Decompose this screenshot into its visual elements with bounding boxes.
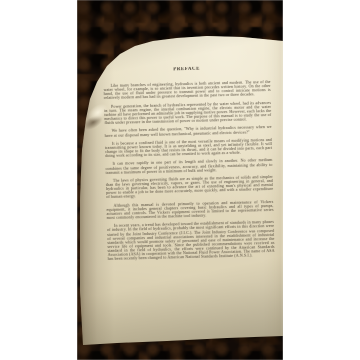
preface-paragraph-6: The laws of physics governing fluids are… — [106, 175, 273, 200]
preface-title: PREFACE — [103, 65, 270, 75]
book-photo: PREFACE Like many branches of engineerin… — [77, 0, 283, 360]
preface-paragraph-7: Although this manual is devoted primaril… — [106, 200, 273, 221]
preface-paragraph-4: It is because a confined fluid is one of… — [105, 138, 272, 159]
preface-paragraph-8: In recent years, a trend has developed t… — [107, 220, 275, 261]
preface-paragraph-3: We have often been asked the question, "… — [105, 125, 272, 137]
preface-text-block: PREFACE Like many branches of engineerin… — [103, 61, 275, 266]
preface-paragraph-1: Like many branches of engineering, hydra… — [103, 80, 270, 101]
preface-paragraph-5: It can move rapidly in one part of its l… — [105, 158, 272, 175]
preface-paragraph-2: Power generation, the branch of hydrauli… — [104, 101, 271, 126]
